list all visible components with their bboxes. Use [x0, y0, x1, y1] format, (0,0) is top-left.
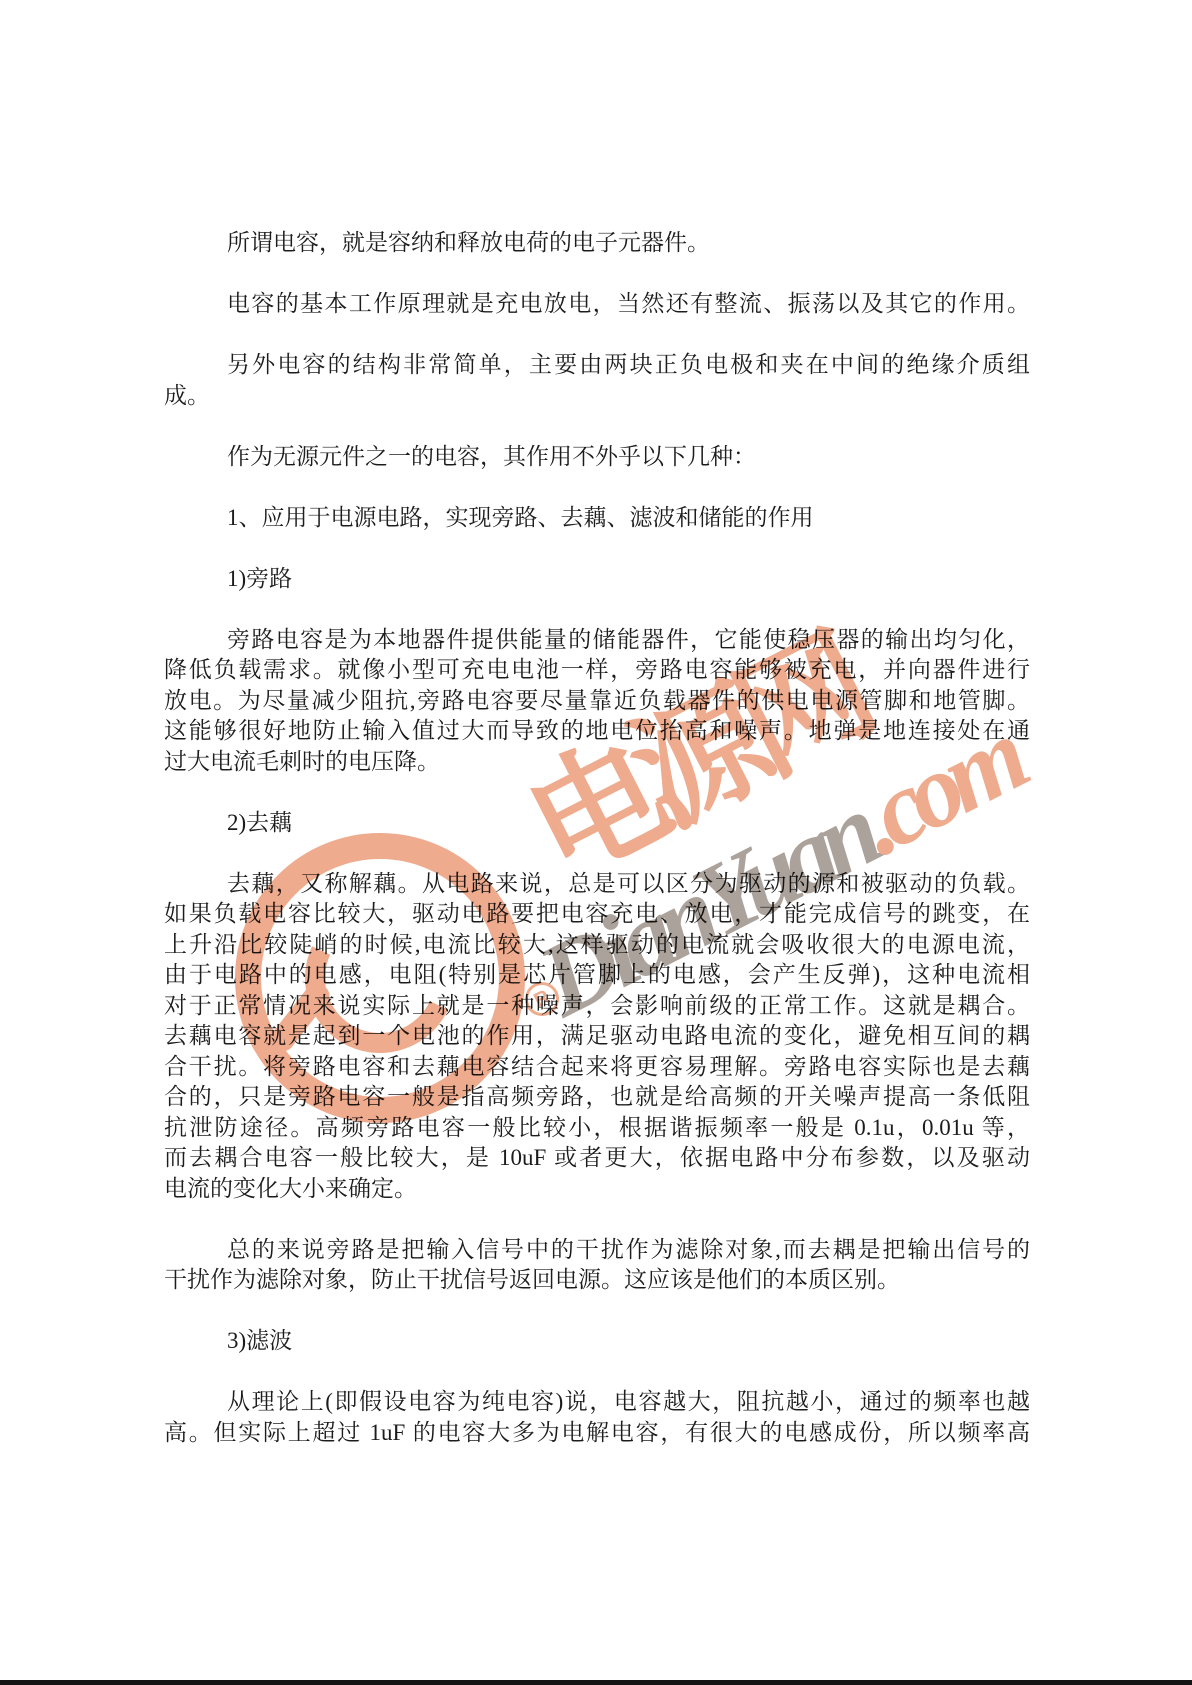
text-line: 干扰作为滤除对象，防止干扰信号返回电源。这应该是他们的本质区别。 — [164, 1265, 1030, 1296]
paragraph: 1、应用于电源电路，实现旁路、去藕、滤波和储能的作用 — [164, 503, 1030, 534]
text-line: 3)滤波 — [164, 1326, 1030, 1357]
paragraph: 另外电容的结构非常简单，主要由两块正负电极和夹在中间的绝缘介质组成。 — [164, 350, 1030, 411]
text-line: 而去耦合电容一般比较大，是 10uF 或者更大，依据电路中分布参数，以及驱动 — [164, 1143, 1030, 1174]
text-line: 电流的变化大小来确定。 — [164, 1174, 1030, 1205]
paragraph: 所谓电容，就是容纳和释放电荷的电子元器件。 — [164, 228, 1030, 259]
text-line: 1)旁路 — [164, 564, 1030, 595]
text-line: 放电。为尽量减少阻抗,旁路电容要尽量靠近负载器件的供电电源管脚和地管脚。 — [164, 686, 1030, 717]
text-line: 2)去藕 — [164, 808, 1030, 839]
text-line: 1、应用于电源电路，实现旁路、去藕、滤波和储能的作用 — [164, 503, 1030, 534]
paragraph: 1)旁路 — [164, 564, 1030, 595]
paragraph: 作为无源元件之一的电容，其作用不外乎以下几种： — [164, 442, 1030, 473]
page-bottom-strip — [0, 1680, 1192, 1685]
paragraph: 3)滤波 — [164, 1326, 1030, 1357]
paragraph: 去藕，又称解藕。从电路来说，总是可以区分为驱动的源和被驱动的负载。如果负载电容比… — [164, 869, 1030, 1205]
text-line: 成。 — [164, 381, 1030, 412]
text-line: 降低负载需求。就像小型可充电电池一样，旁路电容能够被充电，并向器件进行 — [164, 655, 1030, 686]
text-line: 作为无源元件之一的电容，其作用不外乎以下几种： — [164, 442, 1030, 473]
text-line: 另外电容的结构非常简单，主要由两块正负电极和夹在中间的绝缘介质组 — [164, 350, 1030, 381]
document-page: R 电源网 DianYuan.com 所谓电容，就是容纳和释放电荷的电子元器件。… — [0, 0, 1192, 1685]
text-line: 从理论上(即假设电容为纯电容)说，电容越大，阻抗越小，通过的频率也越 — [164, 1387, 1030, 1418]
text-line: 对于正常情况来说实际上就是一种噪声，会影响前级的正常工作。这就是耦合。 — [164, 991, 1030, 1022]
text-line: 抗泄防途径。高频旁路电容一般比较小，根据谐振频率一般是 0.1u，0.01u 等… — [164, 1113, 1030, 1144]
text-line: 旁路电容是为本地器件提供能量的储能器件，它能使稳压器的输出均匀化， — [164, 625, 1030, 656]
text-line: 上升沿比较陡峭的时候,电流比较大,这样驱动的电流就会吸收很大的电源电流， — [164, 930, 1030, 961]
text-line: 去藕电容就是起到一个电池的作用，满足驱动电路电流的变化，避免相互间的耦 — [164, 1021, 1030, 1052]
text-line: 这能够很好地防止输入值过大而导致的地电位抬高和噪声。地弹是地连接处在通 — [164, 716, 1030, 747]
paragraph: 总的来说旁路是把输入信号中的干扰作为滤除对象,而去耦是把输出信号的干扰作为滤除对… — [164, 1235, 1030, 1296]
text-line: 高。但实际上超过 1uF 的电容大多为电解电容，有很大的电感成份，所以频率高 — [164, 1418, 1030, 1449]
text-line: 由于电路中的电感，电阻(特别是芯片管脚上的电感，会产生反弹)，这种电流相 — [164, 960, 1030, 991]
text-line: 总的来说旁路是把输入信号中的干扰作为滤除对象,而去耦是把输出信号的 — [164, 1235, 1030, 1266]
paragraph: 旁路电容是为本地器件提供能量的储能器件，它能使稳压器的输出均匀化，降低负载需求。… — [164, 625, 1030, 778]
paragraph: 从理论上(即假设电容为纯电容)说，电容越大，阻抗越小，通过的频率也越高。但实际上… — [164, 1387, 1030, 1448]
text-line: 电容的基本工作原理就是充电放电，当然还有整流、振荡以及其它的作用。 — [164, 289, 1030, 320]
document-body: 所谓电容，就是容纳和释放电荷的电子元器件。电容的基本工作原理就是充电放电，当然还… — [164, 228, 1030, 1479]
text-line: 如果负载电容比较大，驱动电路要把电容充电、放电，才能完成信号的跳变，在 — [164, 899, 1030, 930]
text-line: 所谓电容，就是容纳和释放电荷的电子元器件。 — [164, 228, 1030, 259]
paragraph: 2)去藕 — [164, 808, 1030, 839]
text-line: 去藕，又称解藕。从电路来说，总是可以区分为驱动的源和被驱动的负载。 — [164, 869, 1030, 900]
text-line: 合干扰。将旁路电容和去藕电容结合起来将更容易理解。旁路电容实际也是去藕 — [164, 1052, 1030, 1083]
text-line: 过大电流毛刺时的电压降。 — [164, 747, 1030, 778]
text-line: 合的，只是旁路电容一般是指高频旁路，也就是给高频的开关噪声提高一条低阻 — [164, 1082, 1030, 1113]
paragraph: 电容的基本工作原理就是充电放电，当然还有整流、振荡以及其它的作用。 — [164, 289, 1030, 320]
